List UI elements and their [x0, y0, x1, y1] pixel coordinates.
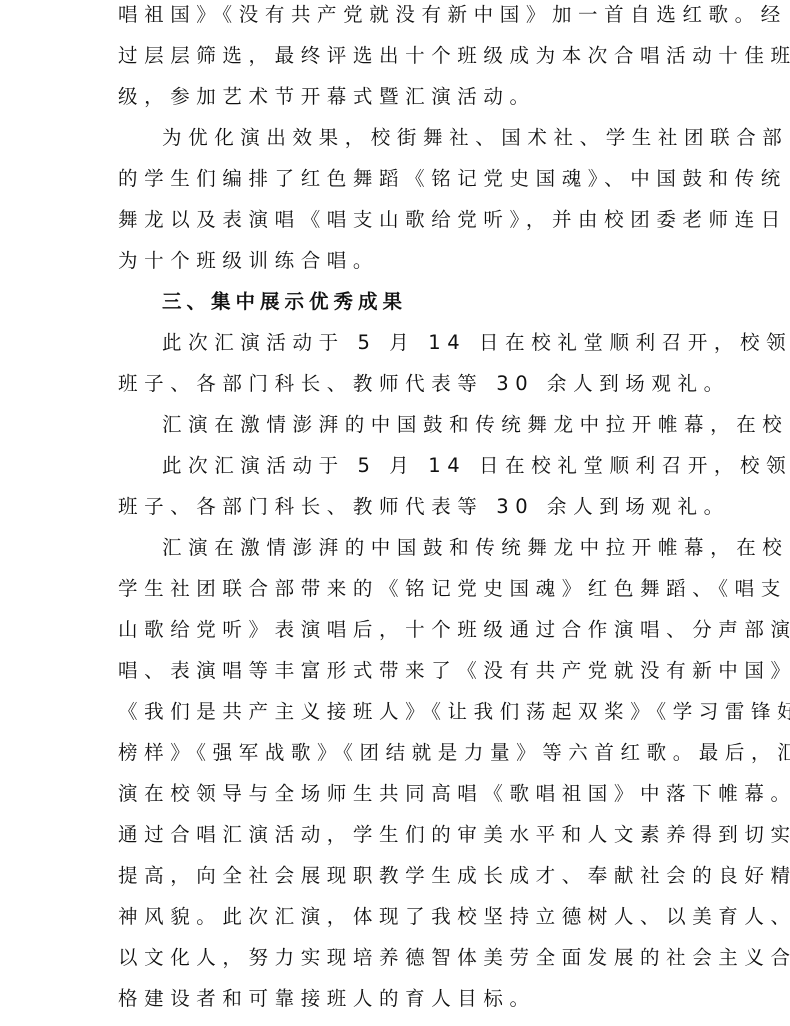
text-line: 格建设者和可靠接班人的育人目标。: [118, 978, 674, 1019]
text-line: 过层层筛选，最终评选出十个班级成为本次合唱活动十佳班: [118, 35, 674, 76]
text-line: 《我们是共产主义接班人》《让我们荡起双桨》《学习雷锋好: [118, 691, 674, 732]
text-line: 班子、各部门科长、教师代表等 30 余人到场观礼。: [118, 486, 674, 527]
text-line: 的学生们编排了红色舞蹈《铭记党史国魂》、中国鼓和传统: [118, 158, 674, 199]
text-line: 级，参加艺术节开幕式暨汇演活动。: [118, 76, 674, 117]
paragraph-start-line: 此次汇演活动于 5 月 14 日在校礼堂顺利召开，校领导: [118, 445, 674, 486]
text-line: 唱祖国》《没有共产党就没有新中国》加一首自选红歌。经: [118, 0, 674, 35]
paragraph-start-line: 为优化演出效果，校街舞社、国术社、学生社团联合部: [118, 117, 674, 158]
paragraph-start-line: 此次汇演活动于 5 月 14 日在校礼堂顺利召开，校领导: [118, 322, 674, 363]
text-line: 学生社团联合部带来的《铭记党史国魂》红色舞蹈、《唱支: [118, 568, 674, 609]
paragraph-start-line: 汇演在激情澎湃的中国鼓和传统舞龙中拉开帷幕，在校: [118, 404, 674, 445]
text-line: 通过合唱汇演活动，学生们的审美水平和人文素养得到切实: [118, 814, 674, 855]
text-line: 神风貌。此次汇演，体现了我校坚持立德树人、以美育人、: [118, 896, 674, 937]
document-page: 唱祖国》《没有共产党就没有新中国》加一首自选红歌。经 过层层筛选，最终评选出十个…: [118, 0, 674, 1019]
paragraph-start-line: 汇演在激情澎湃的中国鼓和传统舞龙中拉开帷幕，在校: [118, 527, 674, 568]
text-line: 以文化人，努力实现培养德智体美劳全面发展的社会主义合: [118, 937, 674, 978]
text-line: 为十个班级训练合唱。: [118, 240, 674, 281]
text-line: 舞龙以及表演唱《唱支山歌给党听》，并由校团委老师连日: [118, 199, 674, 240]
text-line: 唱、表演唱等丰富形式带来了《没有共产党就没有新中国》: [118, 650, 674, 691]
section-heading: 三、集中展示优秀成果: [118, 281, 674, 322]
text-line: 班子、各部门科长、教师代表等 30 余人到场观礼。: [118, 363, 674, 404]
text-line: 演在校领导与全场师生共同高唱《歌唱祖国》中落下帷幕。: [118, 773, 674, 814]
text-line: 山歌给党听》表演唱后，十个班级通过合作演唱、分声部演: [118, 609, 674, 650]
text-line: 提高，向全社会展现职教学生成长成才、奉献社会的良好精: [118, 855, 674, 896]
text-line: 榜样》《强军战歌》《团结就是力量》等六首红歌。最后，汇: [118, 732, 674, 773]
